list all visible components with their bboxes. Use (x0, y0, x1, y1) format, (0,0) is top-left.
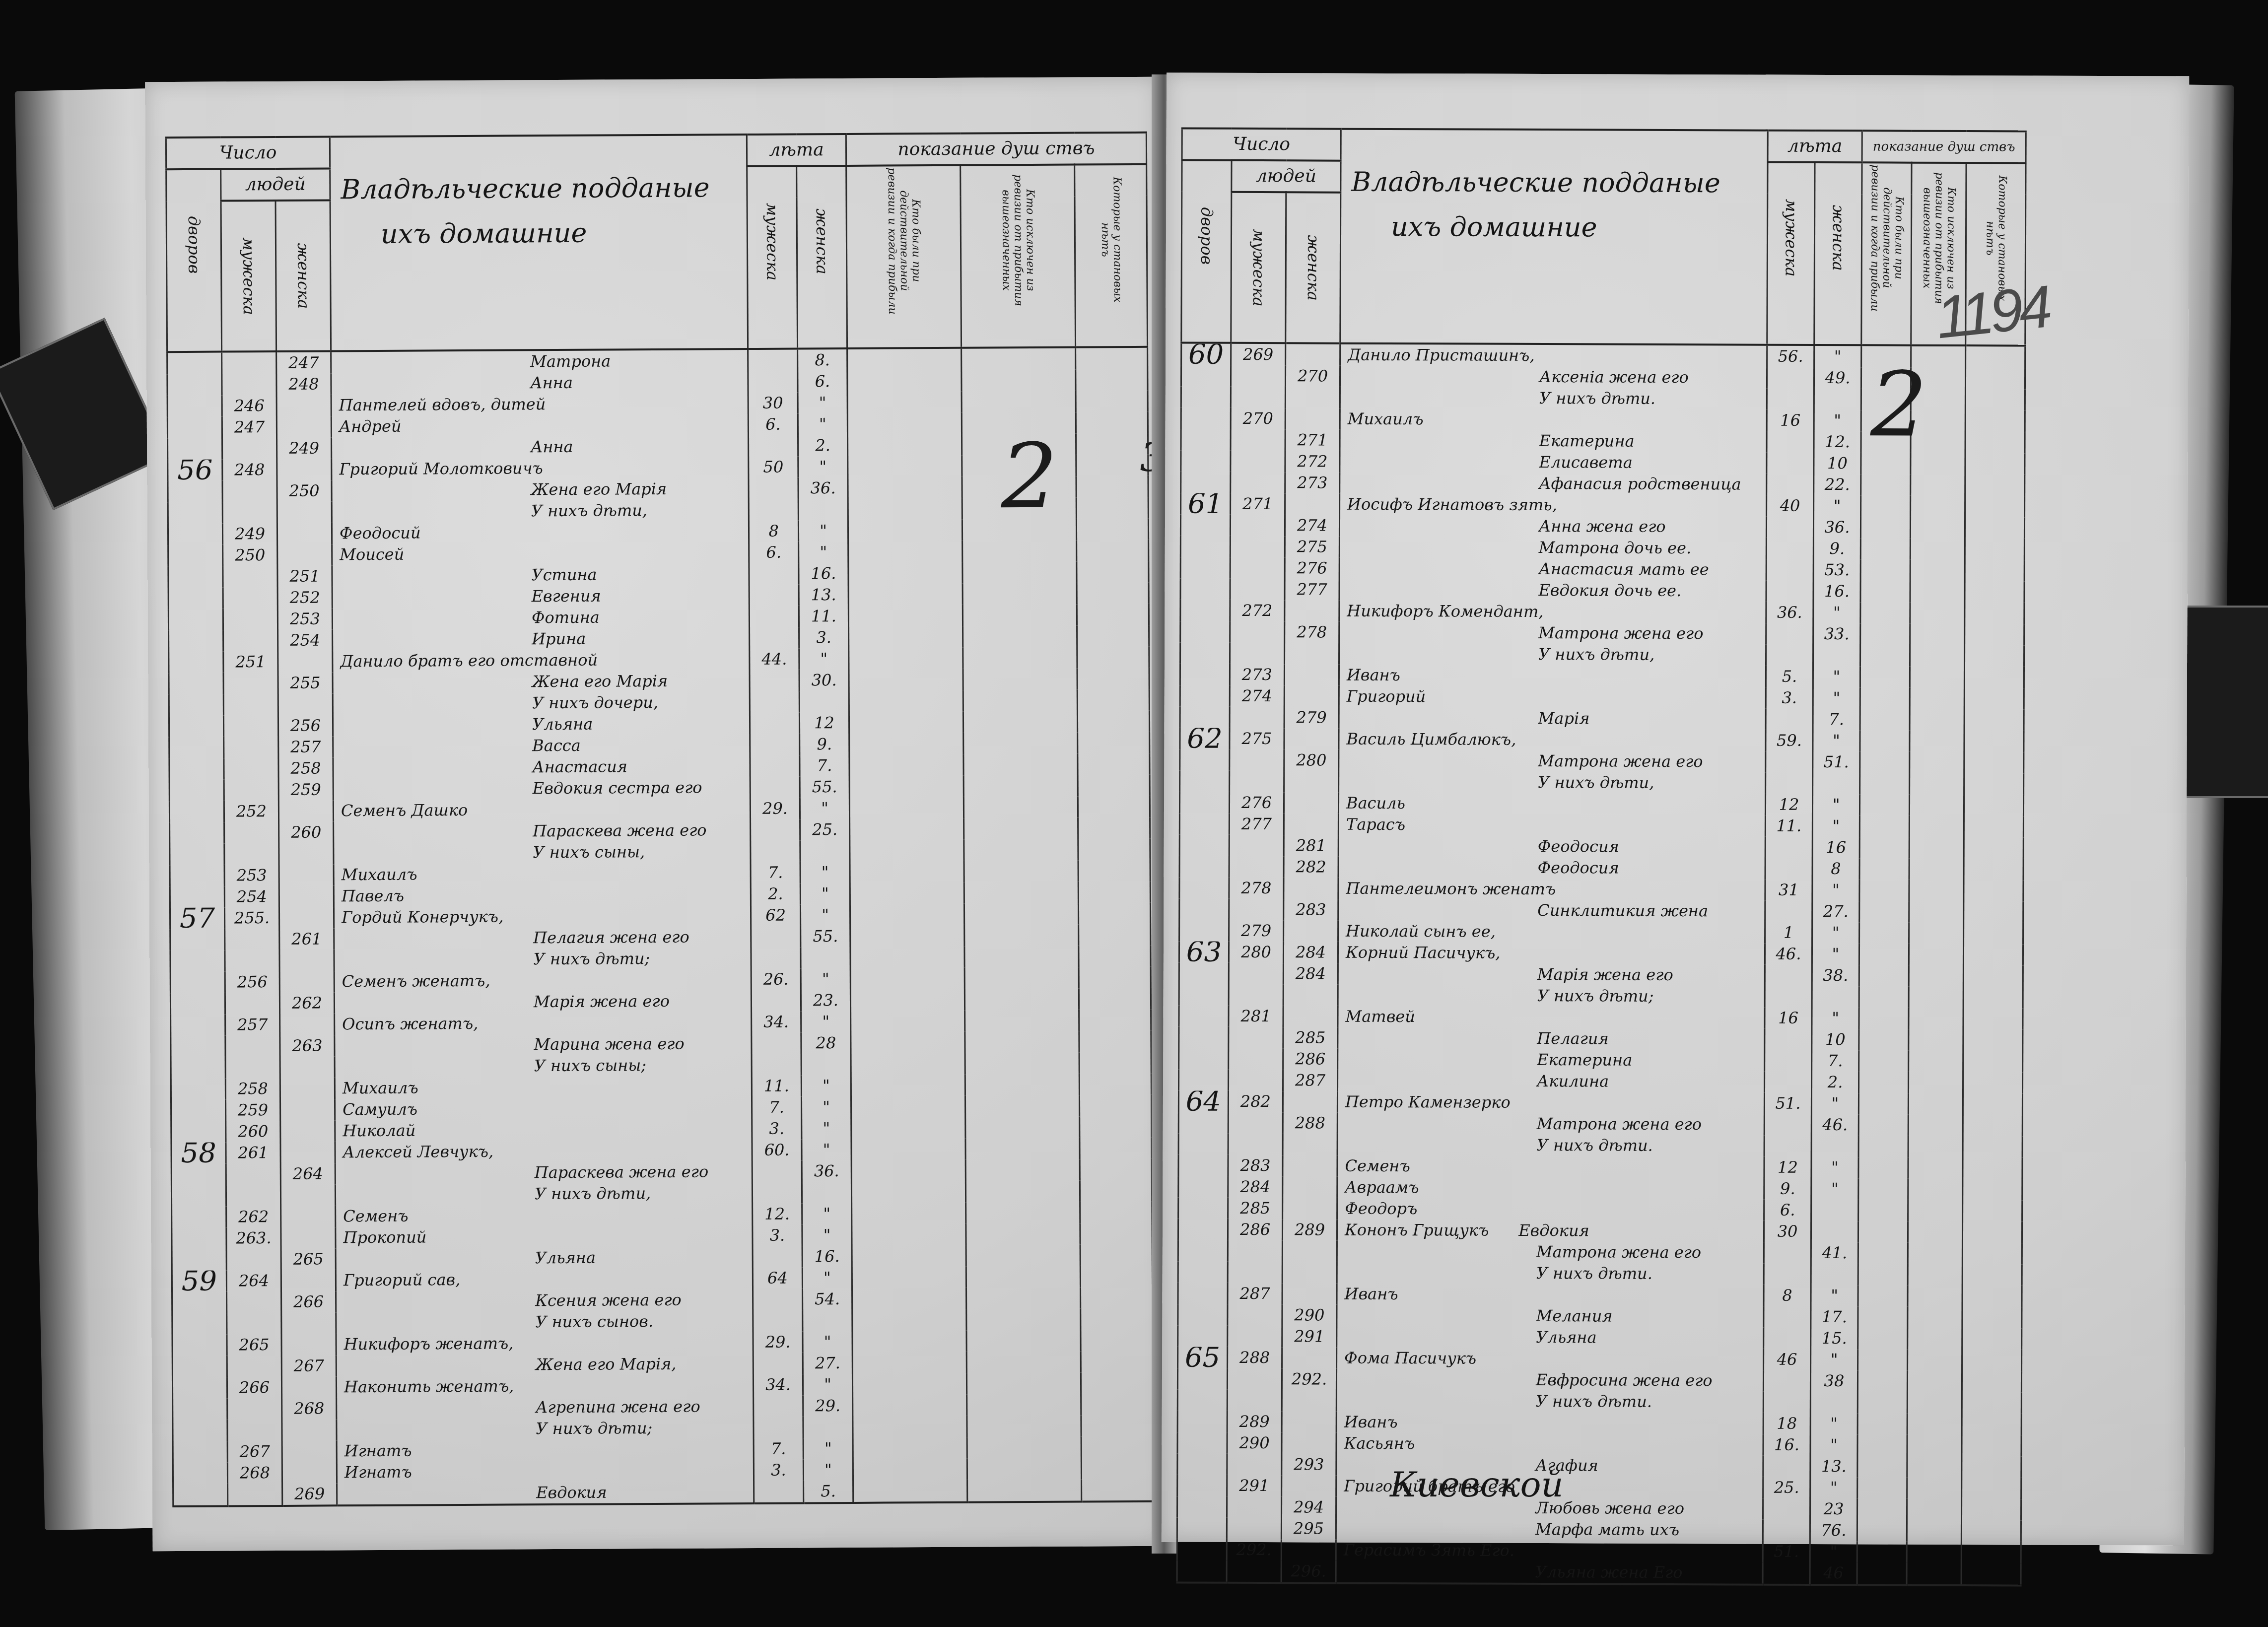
female-age: " (800, 862, 850, 883)
female-age: 10 (1814, 453, 1861, 474)
arrival-cell (1860, 517, 1910, 538)
header-female: женска (294, 202, 312, 350)
table-row: 290Мелания17. (1178, 1304, 2022, 1329)
departed-cell (1909, 1029, 1963, 1051)
household-number (169, 716, 223, 738)
male-age: 25. (1763, 1477, 1810, 1498)
person-name: Наконить женатъ, (336, 1374, 753, 1398)
departed-cell (1910, 539, 1965, 560)
remarks-cell (1081, 1351, 1153, 1373)
remarks-cell (1081, 1458, 1153, 1480)
household-number (173, 1484, 228, 1507)
male-age: 12. (753, 1203, 802, 1225)
male-age: 3. (752, 1118, 802, 1140)
remarks-cell (1077, 604, 1149, 626)
male-age (750, 755, 800, 777)
female-number: 274 (1285, 515, 1339, 536)
female-number: 279 (1284, 707, 1339, 728)
male-number (222, 438, 277, 460)
household-number (1178, 1198, 1228, 1219)
female-number (1285, 408, 1340, 429)
female-age: 41. (1811, 1242, 1858, 1264)
remarks-cell (1962, 1456, 2021, 1478)
person-name: Фотина (332, 606, 749, 629)
male-number: 269 (1231, 343, 1286, 365)
male-number (226, 1249, 281, 1271)
person-name: Григорий (1339, 686, 1766, 709)
household-number (1180, 515, 1230, 536)
female-age: " (800, 883, 850, 905)
female-number: 257 (278, 736, 333, 758)
female-number: 271 (1285, 429, 1340, 451)
household-number (1177, 1518, 1227, 1539)
female-age: 9. (800, 734, 849, 755)
table-row: 277Евдокия дочь ее.16. (1180, 579, 2024, 603)
male-number: 259 (226, 1099, 280, 1121)
female-number (1285, 387, 1340, 408)
remarks-cell (1965, 368, 2025, 389)
male-number: 278 (1229, 878, 1284, 899)
household-number (172, 1249, 226, 1271)
departed-cell (1907, 1371, 1962, 1392)
household-number (1179, 1027, 1229, 1048)
female-age: " (1813, 730, 1860, 751)
female-number (279, 864, 334, 886)
table-row: 285Феодоръ6. (1178, 1198, 2022, 1222)
male-age: 64 (753, 1267, 802, 1289)
female-age: " (803, 1331, 852, 1353)
departed-cell (1909, 1051, 1963, 1072)
household-number (1181, 472, 1231, 493)
male-number (1230, 579, 1285, 600)
female-number (281, 1206, 336, 1227)
male-number (1230, 643, 1285, 664)
female-age: 8 (1812, 858, 1859, 880)
male-age: 12 (1765, 794, 1812, 815)
female-number: 266 (281, 1291, 336, 1313)
person-name: У нихъ сыны; (335, 1054, 752, 1078)
household-number (169, 630, 223, 652)
household-number (1179, 984, 1229, 1006)
female-age (799, 691, 849, 713)
departed-cell (964, 967, 1079, 989)
departed-cell (962, 605, 1077, 626)
arrival-cell (1857, 1413, 1907, 1434)
male-number (1230, 749, 1284, 771)
departed-cell (966, 1330, 1081, 1352)
departed-cell (965, 1074, 1079, 1096)
arrival-cell (1858, 1285, 1908, 1306)
remarks-cell (1076, 455, 1148, 476)
remarks-cell (1966, 345, 2025, 368)
household-number (171, 1100, 226, 1122)
male-number (1228, 1134, 1283, 1155)
departed-cell (963, 669, 1077, 690)
departed-cell (1909, 880, 1964, 901)
male-age (749, 606, 799, 627)
male-number (1229, 899, 1284, 920)
departed-cell (966, 1266, 1080, 1288)
remarks-cell (1963, 1179, 2022, 1200)
female-age (800, 840, 850, 862)
male-number: 292. (1227, 1539, 1281, 1560)
departed-cell (1908, 1328, 1962, 1350)
household-number (1180, 707, 1230, 728)
departed-cell (1910, 667, 1964, 688)
female-number: 267 (281, 1355, 336, 1377)
table-row: 61271Иосифъ Игнатовъ зять,40" (1181, 493, 2025, 518)
male-age: 29. (750, 798, 800, 819)
remarks-cell (1077, 711, 1149, 733)
table-row: Матрона жена его41. (1178, 1240, 2022, 1265)
male-age (1764, 1264, 1811, 1285)
arrival-cell (1859, 965, 1909, 986)
table-row: 279Марія7. (1180, 707, 2024, 731)
departed-cell (1908, 1157, 1963, 1179)
person-name: Ирина (333, 627, 750, 651)
male-age (1765, 858, 1812, 880)
male-number: 263. (226, 1227, 281, 1249)
male-age (754, 1417, 803, 1438)
departed-cell (963, 690, 1077, 712)
male-number (1231, 451, 1285, 472)
household-number (1179, 920, 1229, 942)
arrival-cell (850, 818, 964, 840)
female-age: " (801, 1011, 851, 1033)
table-row: У нихъ дѣти, (1180, 771, 2024, 795)
female-number (1283, 1176, 1337, 1198)
female-age: 11. (799, 606, 848, 627)
arrival-cell (1859, 794, 1909, 815)
male-age (1765, 837, 1812, 858)
arrival-cell (1860, 538, 1910, 559)
remarks-cell (1964, 688, 2024, 709)
departed-cell (966, 1202, 1080, 1224)
female-age: 16. (1813, 581, 1860, 602)
remarks-cell (1081, 1415, 1153, 1437)
female-age (1812, 986, 1859, 1008)
female-age: 25. (800, 819, 850, 841)
person-name: Семенъ (336, 1204, 753, 1227)
person-name: Игнатъ (337, 1438, 754, 1462)
female-age (1811, 1136, 1858, 1157)
female-number (276, 416, 331, 438)
female-name: Евдокия (1518, 1221, 1589, 1240)
female-number: 281 (1284, 835, 1338, 856)
female-number (279, 885, 334, 907)
arrival-cell (848, 477, 962, 499)
household-number (170, 844, 224, 866)
female-age: " (1813, 602, 1860, 623)
arrival-cell (847, 413, 962, 435)
departed-cell (963, 775, 1078, 797)
female-number (281, 1270, 336, 1291)
arrival-cell (852, 1203, 966, 1224)
male-age (1765, 1029, 1812, 1050)
remarks-cell (1964, 880, 2023, 901)
female-age: " (803, 1438, 853, 1460)
male-age (752, 1032, 801, 1054)
household-number (168, 609, 223, 631)
male-number (225, 929, 279, 950)
female-number (280, 1184, 335, 1206)
departed-cell (964, 861, 1078, 882)
male-age (1764, 1114, 1811, 1136)
person-name: Матрона жена его (1337, 1241, 1764, 1264)
table-row: 64282Петро Камензерко51." (1178, 1091, 2022, 1115)
arrival-cell (1858, 1136, 1908, 1157)
female-number (1282, 1347, 1337, 1368)
person-name: У нихъ сыны, (334, 841, 751, 864)
male-number: 246 (222, 395, 276, 417)
departed-cell (1907, 1563, 1961, 1585)
departed-cell (1909, 944, 1963, 965)
male-number (1230, 557, 1285, 579)
female-number: 256 (278, 715, 333, 737)
arrival-cell (853, 1437, 967, 1459)
remarks-cell (1079, 988, 1151, 1010)
arrival-cell (852, 1267, 966, 1288)
person-name: Елисавета (1340, 451, 1767, 474)
arrival-cell (1858, 1200, 1908, 1221)
table-row: 286Екатерина7. (1179, 1048, 2023, 1073)
male-number (1231, 365, 1285, 387)
household-number (1179, 835, 1229, 856)
male-age (748, 371, 798, 393)
household-number (1177, 1368, 1227, 1390)
male-age (1766, 709, 1813, 730)
male-number (227, 1356, 281, 1377)
female-age: 10 (1812, 1029, 1859, 1050)
arrival-cell (851, 1096, 965, 1118)
table-row: 294Любовь жена его23 (1177, 1496, 2021, 1521)
table-row: 62275Василь Цимбалюкъ,59." (1180, 728, 2024, 752)
female-number: 288 (1283, 1112, 1337, 1134)
departed-cell (1909, 987, 1963, 1008)
male-number: 255. (224, 907, 279, 929)
person-name: Ульяна (1337, 1326, 1764, 1349)
household-number (1180, 771, 1230, 792)
female-number (1284, 664, 1339, 685)
remarks-cell (1078, 839, 1150, 861)
male-age (751, 947, 801, 969)
remarks-cell (1962, 1243, 2022, 1264)
person-name: У нихъ дѣти. (1337, 1262, 1764, 1285)
female-number: 272 (1285, 451, 1340, 472)
male-number: 290 (1227, 1432, 1282, 1454)
male-age: 30 (748, 392, 798, 414)
female-number (277, 544, 332, 566)
arrival-cell (852, 1224, 966, 1246)
person-name: Матрона (331, 349, 748, 373)
male-number (1227, 1518, 1281, 1539)
remarks-cell (1080, 1138, 1152, 1159)
female-number (1284, 685, 1339, 707)
remarks-cell (1965, 624, 2024, 645)
arrival-cell (1859, 815, 1909, 837)
person-name: Марфа мать ихъ (1336, 1518, 1763, 1541)
household-number (1177, 1475, 1227, 1496)
household-number (169, 801, 224, 823)
person-name: Ксения жена его (336, 1289, 753, 1312)
male-number: 271 (1231, 493, 1285, 515)
female-number: 277 (1285, 579, 1339, 600)
male-age (1767, 453, 1814, 474)
remarks-cell (1963, 1200, 2022, 1221)
male-age: 56. (1767, 345, 1814, 367)
female-age: " (803, 1459, 853, 1481)
male-number (227, 1398, 282, 1420)
arrival-cell (1859, 1072, 1909, 1093)
female-age: 2. (1812, 1072, 1859, 1093)
person-name: Данило Присташинъ, (1340, 343, 1767, 367)
departed-cell (1910, 603, 1965, 624)
remarks-cell (1077, 583, 1149, 605)
female-age: 55. (801, 926, 850, 948)
male-number: 283 (1228, 1155, 1283, 1176)
female-number (281, 1334, 336, 1356)
female-number: 249 (277, 437, 332, 459)
female-age: 55. (800, 776, 849, 798)
female-number (281, 1227, 336, 1249)
departed-cell (1908, 1350, 1962, 1371)
remarks-cell (1082, 1479, 1154, 1502)
person-name: Ульяна жена Его (1336, 1561, 1763, 1585)
departed-cell (1910, 624, 1965, 645)
arrival-cell (1861, 474, 1911, 495)
table-row: 282Феодосия8 (1179, 856, 2023, 881)
person-name: Евдокия (337, 1481, 754, 1505)
remarks-cell (1077, 689, 1149, 711)
household-number (172, 1377, 227, 1399)
remarks-cell (1079, 1095, 1151, 1117)
male-number: 256 (225, 971, 279, 993)
remarks-cell (1962, 1414, 2021, 1435)
arrival-cell (849, 797, 963, 819)
arrival-cell (1858, 1349, 1908, 1370)
male-number: 274 (1230, 685, 1284, 707)
male-name: Кононъ Грищукъ (1345, 1220, 1489, 1240)
male-age (750, 627, 799, 649)
arrival-cell (1857, 1562, 1907, 1585)
right-ledger-body: 60269Данило Присташинъ,56."270Аксеніа же… (1177, 343, 2025, 1586)
table-row: 289Иванъ18" (1177, 1411, 2021, 1435)
male-age (1767, 431, 1814, 453)
departed-cell (1910, 688, 1964, 709)
male-age: 8 (1764, 1285, 1811, 1306)
female-age: 17. (1811, 1306, 1858, 1328)
male-age (748, 348, 798, 371)
person-name: Никифоръ женатъ, (336, 1332, 753, 1355)
male-number (224, 822, 279, 844)
arrival-cell (849, 712, 963, 734)
female-number (276, 395, 331, 416)
female-number (1283, 1006, 1338, 1027)
arrival-cell (848, 562, 962, 584)
male-age: 16 (1767, 410, 1814, 431)
table-row: 291Ульяна15. (1178, 1326, 2022, 1350)
arrival-cell (1859, 1050, 1909, 1072)
person-name: Иванъ (1336, 1412, 1763, 1434)
female-age: 12. (1814, 431, 1861, 453)
remarks-cell (1964, 795, 2023, 816)
person-name: Михаилъ (1340, 408, 1767, 431)
person-name: Анна (332, 435, 749, 459)
household-number (172, 1356, 227, 1378)
remarks-cell (1078, 817, 1150, 839)
arrival-cell (847, 392, 962, 413)
female-number (1283, 1198, 1337, 1219)
male-age: 36. (1766, 602, 1813, 623)
departed-cell (1907, 1414, 1962, 1435)
header-people-group: людей (221, 168, 330, 201)
arrival-cell (1858, 1306, 1908, 1328)
female-number: 269 (282, 1483, 337, 1506)
female-age (1811, 1264, 1858, 1285)
household-number (168, 566, 223, 588)
departed-cell (1909, 901, 1964, 923)
remarks-cell (1079, 946, 1151, 967)
male-number (1230, 621, 1285, 643)
household-number (168, 588, 223, 610)
departed-cell (965, 1010, 1079, 1032)
female-age: 13. (799, 584, 848, 606)
household-number (1178, 1240, 1228, 1262)
arrival-cell (852, 1309, 966, 1331)
margin-mark: 2 (1870, 353, 1927, 457)
household-number (1181, 451, 1231, 472)
arrival-cell (1858, 1328, 1908, 1349)
arrival-cell (852, 1331, 966, 1353)
male-number (1227, 1368, 1282, 1390)
female-age: 36. (798, 477, 848, 499)
male-number: 249 (222, 523, 277, 545)
male-age (752, 1160, 802, 1182)
arrival-cell (850, 989, 964, 1011)
female-number: 292. (1282, 1368, 1336, 1390)
remarks-cell (1080, 1202, 1152, 1223)
arrival-cell (1858, 1093, 1908, 1114)
arrival-cell (1857, 1434, 1907, 1456)
female-age: 33. (1813, 623, 1860, 645)
arrival-cell (1859, 1008, 1909, 1029)
departed-cell (965, 1031, 1079, 1053)
arrival-cell (1858, 1157, 1908, 1178)
male-number: 265 (227, 1334, 281, 1356)
female-age: 49. (1814, 367, 1861, 389)
household-number (1177, 1496, 1227, 1518)
male-number: 284 (1228, 1176, 1283, 1198)
household-number (170, 993, 225, 1015)
table-row: 287Иванъ8" (1178, 1283, 2022, 1307)
household-number (1180, 685, 1230, 707)
departed-cell (1910, 731, 1964, 752)
male-age (749, 499, 798, 521)
household-number (1179, 963, 1229, 984)
female-age: " (802, 1139, 851, 1161)
male-number: 272 (1230, 600, 1285, 621)
table-row: У нихъ дѣти, (1180, 643, 2024, 667)
person-name: Никифоръ Комендант, (1339, 601, 1766, 623)
household-number (169, 652, 223, 674)
female-number (1282, 1262, 1337, 1283)
table-row: 293Агафия13. (1177, 1454, 2021, 1478)
male-number (1231, 429, 1285, 451)
remarks-cell (1962, 1371, 2021, 1392)
female-number: 254 (278, 629, 333, 651)
remarks-cell (1964, 752, 2024, 773)
departed-cell (966, 1373, 1081, 1395)
